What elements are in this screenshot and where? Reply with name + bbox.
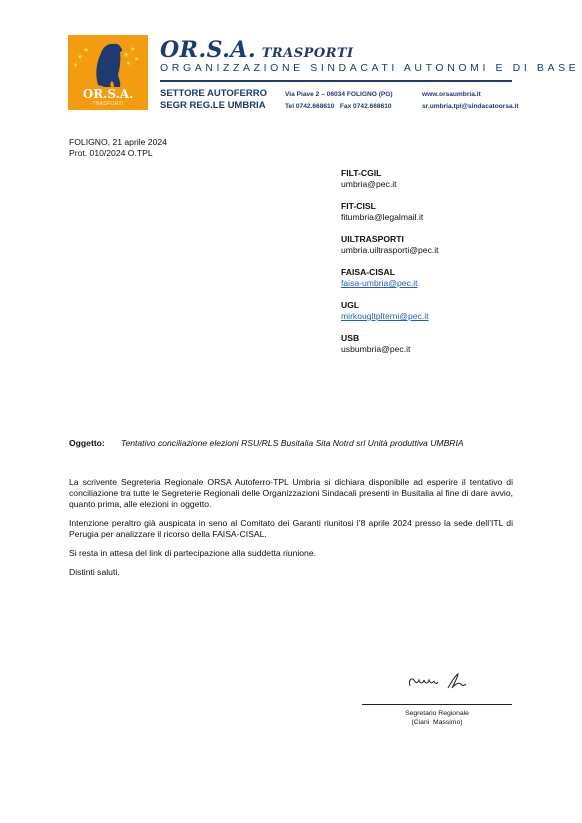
brand-subtitle: ORGANIZZAZIONE SINDACATI AUTONOMI E DI B… — [160, 62, 579, 74]
recipient-email: umbria.uiltrasporti@pec.it — [341, 245, 439, 256]
website-link[interactable]: www.orsaumbria.it — [422, 89, 519, 101]
place-date: FOLIGNO, 21 aprile 2024 — [69, 137, 167, 148]
signature-block: Segretario Regionale (Ciani Massimo) — [362, 671, 512, 727]
body-paragraph: Si resta in attesa del link di partecipa… — [69, 548, 513, 559]
svg-text:★: ★ — [83, 46, 89, 54]
body-paragraph: Intenzione peraltro già auspicata in sen… — [69, 518, 513, 540]
address-line-1: Via Piave 2 – 06034 FOLIGNO (PG) — [285, 89, 393, 101]
recipient-email: fitumbria@legalmail.it — [341, 212, 439, 223]
recipient-email: usbumbria@pec.it — [341, 344, 439, 355]
orsa-logo: ★ ★ ★ ★ ★ ★ ★ OR.S.A. TRASPORTI — [68, 35, 148, 110]
web-info: www.orsaumbria.it sr.umbria.tpl@sindacat… — [422, 89, 519, 113]
recipient: UGL mirkougltplterni@pec.it — [341, 300, 439, 322]
logo-sublabel: TRASPORTI — [68, 101, 148, 107]
protocol-number: Prot. 010/2024 O.TPL — [69, 148, 167, 159]
recipient: FAISA-CISAL faisa-umbria@pec.it — [341, 267, 439, 289]
recipient-org: FAISA-CISAL — [341, 267, 439, 278]
sector-info: SETTORE AUTOFERRO SEGR REG.LE UMBRIA — [160, 88, 267, 112]
logo-label: OR.S.A. — [68, 87, 148, 101]
subject-text: Tentativo conciliazione elezioni RSU/RLS… — [121, 438, 464, 448]
header-divider — [160, 80, 512, 82]
recipient: FIT-CISL fitumbria@legalmail.it — [341, 201, 439, 223]
body-paragraph: La scrivente Segreteria Regionale ORSA A… — [69, 477, 513, 510]
address-info: Via Piave 2 – 06034 FOLIGNO (PG) Tel 074… — [285, 89, 393, 113]
recipient-email-link[interactable]: faisa-umbria@pec.it — [341, 278, 439, 289]
letter-body: La scrivente Segreteria Regionale ORSA A… — [69, 477, 513, 586]
svg-text:★: ★ — [77, 53, 83, 61]
brand-main: OR.S.A. — [160, 37, 256, 63]
recipient-email-link[interactable]: mirkougltplterni@pec.it — [341, 311, 439, 322]
brand-title: OR.S.A. TRASPORTI — [160, 37, 354, 63]
signer-name: (Ciani Massimo) — [362, 718, 512, 727]
date-block: FOLIGNO, 21 aprile 2024 Prot. 010/2024 O… — [69, 137, 167, 159]
svg-text:★: ★ — [126, 60, 131, 67]
recipient-org: USB — [341, 333, 439, 344]
recipient-email: umbria@pec.it — [341, 179, 439, 190]
svg-text:★: ★ — [73, 62, 78, 69]
brand-trasporti: TRASPORTI — [262, 46, 354, 61]
header-email-link[interactable]: sr.umbria.tpl@sindacatoorsa.it — [422, 101, 519, 113]
signer-role: Segretario Regionale — [362, 709, 512, 718]
address-line-2: Tel 0742.668610 Fax 0742.668610 — [285, 101, 393, 113]
recipient: FILT-CGIL umbria@pec.it — [341, 168, 439, 190]
subject-line: Oggetto:Tentativo conciliazione elezioni… — [69, 438, 464, 449]
recipients-list: FILT-CGIL umbria@pec.it FIT-CISL fitumbr… — [341, 168, 439, 366]
svg-text:★: ★ — [134, 56, 139, 63]
handwritten-signature-icon — [362, 671, 512, 691]
recipient: USB usbumbria@pec.it — [341, 333, 439, 355]
recipient-org: FILT-CGIL — [341, 168, 439, 179]
recipient-org: FIT-CISL — [341, 201, 439, 212]
recipient-org: UILTRASPORTI — [341, 234, 439, 245]
signature-line — [362, 704, 512, 705]
sector-line-2: SEGR REG.LE UMBRIA — [160, 100, 267, 112]
svg-text:★: ★ — [123, 51, 129, 59]
subject-label: Oggetto: — [69, 438, 121, 449]
sector-line-1: SETTORE AUTOFERRO — [160, 88, 267, 100]
svg-text:★: ★ — [130, 46, 135, 53]
recipient-org: UGL — [341, 300, 439, 311]
closing-salutation: Distinti saluti. — [69, 567, 513, 578]
recipient: UILTRASPORTI umbria.uiltrasporti@pec.it — [341, 234, 439, 256]
